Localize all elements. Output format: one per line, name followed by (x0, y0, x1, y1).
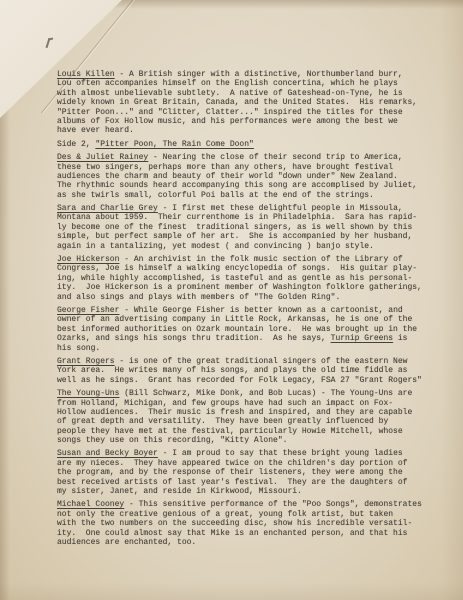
text-line: well as he sings. Grant has recorded for… (57, 376, 437, 385)
entry-the-young-uns: The Young-Uns (Bill Schwarz, Mike Donk, … (57, 389, 437, 445)
text-line: Ozarks, and sings his songs thru traditi… (57, 334, 437, 343)
entry-michael-cooney: Michael Cooney - This sensitive performa… (57, 500, 437, 547)
document-body: Louis Killen - A British singer with a d… (57, 70, 437, 551)
text-line: Sara and Charlie Grey - I first met thes… (57, 204, 437, 213)
text-line: with the two numbers on the succeeding d… (57, 519, 437, 528)
text-line: albums of Fox Hollow music, and his perf… (57, 117, 437, 126)
text-line: with almost unbelievable subtlety. A nat… (57, 89, 437, 98)
entry-grant-rogers: Grant Rogers - is one of the great tradi… (57, 357, 437, 385)
text-line: simple, but perfect sample of her art. S… (57, 232, 437, 241)
entry-des-juliet-rainey: Des & Juliet Rainey - Nearing the close … (57, 153, 437, 200)
text-line: owner of an advertising company in Littl… (57, 315, 437, 324)
text-line: of great depth and versatility. They hav… (57, 417, 437, 426)
text-line: have ever heard. (57, 126, 437, 135)
text-line: again in a tantalizing, yet modest ( and… (57, 242, 437, 251)
text-line: Hollow audiences. Their music is fresh a… (57, 408, 437, 417)
text-line: ly become one of the finest traditional … (57, 223, 437, 232)
paper-page: Louis Killen - A British singer with a d… (0, 0, 463, 600)
text-line: Side 2, "Pitter Poon, The Rain Come Doon… (57, 140, 437, 149)
side-2-heading: Side 2, "Pitter Poon, The Rain Come Doon… (57, 140, 437, 149)
text-line: best received artists of last year's fes… (57, 478, 437, 487)
text-line: songs they use on this recording, "Kitty… (57, 436, 437, 445)
text-line: The Young-Uns (Bill Schwarz, Mike Donk, … (57, 389, 437, 398)
text-line: Des & Juliet Rainey - Nearing the close … (57, 153, 437, 162)
text-line: my sister, Janet, and reside in Kirkwood… (57, 487, 437, 496)
pen-mark (44, 37, 54, 49)
entry-joe-hickerson: Joe Hickerson - An archivist in the folk… (57, 255, 437, 302)
entry-george-fisher: George Fisher - While George Fisher is b… (57, 306, 437, 353)
text-line: Grant Rogers - is one of the great tradi… (57, 357, 437, 366)
text-line: from Holland, Michigan, and few groups h… (57, 399, 437, 408)
text-line: audiences are enchanted, too. (57, 538, 437, 547)
text-line: Congress, Joe is himself a walking encyc… (57, 264, 437, 273)
text-line: ity. One could almost say that Mike is a… (57, 529, 437, 538)
text-line: "Pitter Poon..." and "Clitter, Clatter..… (57, 108, 437, 117)
text-line: The rhythmic sounds heard accompanying t… (57, 181, 437, 190)
text-line: as she twirls small, colorful Poi balls … (57, 191, 437, 200)
text-line: Joe Hickerson - An archivist in the folk… (57, 255, 437, 264)
text-line: and also sings and plays with members of… (57, 293, 437, 302)
text-line: audiences the charm and beauty of their … (57, 172, 437, 181)
text-line: people they have met at the festival, pa… (57, 427, 437, 436)
text-line: are my nieces. They have appeared twice … (57, 459, 437, 468)
text-line: Susan and Becky Boyer - I am proud to sa… (57, 449, 437, 458)
text-line: ity. Joe Hickerson is a prominent member… (57, 283, 437, 292)
text-line: best informed authorities on Ozark mount… (57, 325, 437, 334)
text-line: his song. (57, 344, 437, 353)
text-line: Louis Killen - A British singer with a d… (57, 70, 437, 79)
text-line: not only the creative genious of a great… (57, 510, 437, 519)
text-line: York area. He writes many of his songs, … (57, 366, 437, 375)
entry-sara-charlie-grey: Sara and Charlie Grey - I first met thes… (57, 204, 437, 251)
text-line: George Fisher - While George Fisher is b… (57, 306, 437, 315)
text-line: Lou often accompanies himself on the Eng… (57, 79, 437, 88)
text-line: ing, while highly accomplished, is taste… (57, 274, 437, 283)
text-line: Michael Cooney - This sensitive performa… (57, 500, 437, 509)
text-line: Montana about 1959. Their currenthome is… (57, 213, 437, 222)
text-line: the program, and by the response of thei… (57, 468, 437, 477)
entry-susan-becky-boyer: Susan and Becky Boyer - I am proud to sa… (57, 449, 437, 496)
text-line: widely known in Great Britain, Canada, a… (57, 98, 437, 107)
entry-louis-killen: Louis Killen - A British singer with a d… (57, 70, 437, 136)
text-line: these two singers, perhaps more than any… (57, 163, 437, 172)
